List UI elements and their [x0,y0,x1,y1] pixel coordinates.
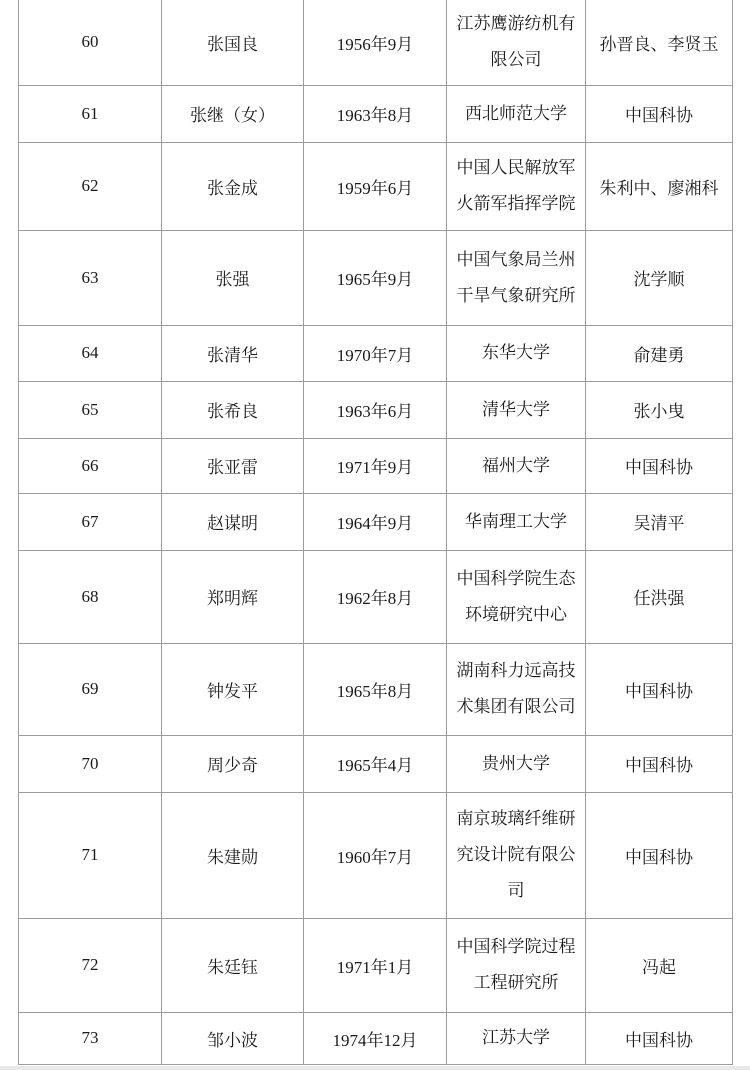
org-line: 西北师范大学 [447,96,585,132]
cell-organization: 东华大学 [447,325,586,381]
cell-organization: 湖南科力远高技术集团有限公司 [447,643,586,735]
org-line: 贵州大学 [447,746,585,782]
cell-serial-number: 65 [19,381,162,438]
table-row: 62 张金成 1959年6月 中国人民解放军火箭军指挥学院 朱利中、廖湘科 [19,142,733,230]
cell-organization: 福州大学 [447,438,586,493]
org-line: 工程研究所 [447,965,585,1001]
org-line: 火箭军指挥学院 [447,186,585,222]
cell-birth-date: 1970年7月 [304,325,447,381]
candidate-roster-table: 60 张国良 1956年9月 江苏鹰游纺机有限公司 孙晋良、李贤玉 61 张继（… [18,0,733,1065]
cell-birth-date: 1960年7月 [304,792,447,918]
org-line: 华南理工大学 [447,504,585,540]
cell-recommender: 中国科协 [586,792,733,918]
cell-name: 张金成 [162,142,304,230]
cell-birth-date: 1974年12月 [304,1012,447,1064]
page-break-shadow [0,1066,750,1070]
cell-serial-number: 71 [19,792,162,918]
table-row: 66 张亚雷 1971年9月 福州大学 中国科协 [19,438,733,493]
cell-recommender: 任洪强 [586,550,733,643]
org-line: 环境研究中心 [447,597,585,633]
cell-name: 朱建勋 [162,792,304,918]
cell-name: 张清华 [162,325,304,381]
cell-organization: 江苏鹰游纺机有限公司 [447,0,586,85]
cell-organization: 南京玻璃纤维研究设计院有限公司 [447,792,586,918]
cell-serial-number: 67 [19,493,162,550]
cell-serial-number: 63 [19,230,162,325]
cell-organization: 清华大学 [447,381,586,438]
cell-organization: 江苏大学 [447,1012,586,1064]
cell-name: 朱廷钰 [162,918,304,1012]
org-line: 术集团有限公司 [447,689,585,725]
cell-birth-date: 1962年8月 [304,550,447,643]
cell-serial-number: 62 [19,142,162,230]
cell-recommender: 俞建勇 [586,325,733,381]
document-page: 60 张国良 1956年9月 江苏鹰游纺机有限公司 孙晋良、李贤玉 61 张继（… [0,0,750,1070]
cell-organization: 华南理工大学 [447,493,586,550]
org-line: 中国科学院生态 [447,561,585,597]
org-line: 限公司 [447,42,585,78]
cell-name: 张希良 [162,381,304,438]
org-line: 南京玻璃纤维研 [447,801,585,837]
cell-serial-number: 69 [19,643,162,735]
cell-birth-date: 1963年6月 [304,381,447,438]
cell-name: 张继（女） [162,85,304,142]
org-line: 司 [447,873,585,909]
table-row: 63 张强 1965年9月 中国气象局兰州干旱气象研究所 沈学顺 [19,230,733,325]
org-line: 江苏鹰游纺机有 [447,6,585,42]
org-line: 东华大学 [447,335,585,371]
cell-recommender: 中国科协 [586,438,733,493]
org-line: 中国科学院过程 [447,929,585,965]
cell-organization: 西北师范大学 [447,85,586,142]
cell-organization: 贵州大学 [447,735,586,792]
cell-name: 赵谋明 [162,493,304,550]
cell-recommender: 张小曳 [586,381,733,438]
cell-organization: 中国气象局兰州干旱气象研究所 [447,230,586,325]
org-line: 干旱气象研究所 [447,278,585,314]
cell-name: 钟发平 [162,643,304,735]
cell-recommender: 冯起 [586,918,733,1012]
cell-name: 邹小波 [162,1012,304,1064]
cell-birth-date: 1964年9月 [304,493,447,550]
cell-recommender: 朱利中、廖湘科 [586,142,733,230]
cell-name: 张强 [162,230,304,325]
cell-birth-date: 1956年9月 [304,0,447,85]
cell-name: 张国良 [162,0,304,85]
cell-birth-date: 1971年1月 [304,918,447,1012]
cell-serial-number: 66 [19,438,162,493]
cell-serial-number: 60 [19,0,162,85]
org-line: 江苏大学 [447,1020,585,1056]
cell-birth-date: 1965年8月 [304,643,447,735]
cell-organization: 中国科学院生态环境研究中心 [447,550,586,643]
cell-serial-number: 70 [19,735,162,792]
cell-name: 张亚雷 [162,438,304,493]
cell-organization: 中国人民解放军火箭军指挥学院 [447,142,586,230]
cell-serial-number: 68 [19,550,162,643]
cell-birth-date: 1963年8月 [304,85,447,142]
org-line: 中国气象局兰州 [447,242,585,278]
cell-birth-date: 1965年9月 [304,230,447,325]
cell-serial-number: 73 [19,1012,162,1064]
cell-recommender: 沈学顺 [586,230,733,325]
org-line: 究设计院有限公 [447,837,585,873]
table-row: 70 周少奇 1965年4月 贵州大学 中国科协 [19,735,733,792]
org-line: 湖南科力远高技 [447,653,585,689]
cell-recommender: 中国科协 [586,85,733,142]
cell-serial-number: 64 [19,325,162,381]
table-row: 65 张希良 1963年6月 清华大学 张小曳 [19,381,733,438]
cell-recommender: 中国科协 [586,1012,733,1064]
cell-birth-date: 1971年9月 [304,438,447,493]
cell-birth-date: 1959年6月 [304,142,447,230]
cell-recommender: 中国科协 [586,735,733,792]
org-line: 清华大学 [447,392,585,428]
table-row: 67 赵谋明 1964年9月 华南理工大学 吴清平 [19,493,733,550]
table-row: 68 郑明辉 1962年8月 中国科学院生态环境研究中心 任洪强 [19,550,733,643]
cell-organization: 中国科学院过程工程研究所 [447,918,586,1012]
table-row: 61 张继（女） 1963年8月 西北师范大学 中国科协 [19,85,733,142]
table-body: 60 张国良 1956年9月 江苏鹰游纺机有限公司 孙晋良、李贤玉 61 张继（… [19,0,733,1064]
table-row: 64 张清华 1970年7月 东华大学 俞建勇 [19,325,733,381]
table-row: 72 朱廷钰 1971年1月 中国科学院过程工程研究所 冯起 [19,918,733,1012]
cell-recommender: 中国科协 [586,643,733,735]
table-row: 69 钟发平 1965年8月 湖南科力远高技术集团有限公司 中国科协 [19,643,733,735]
cell-serial-number: 61 [19,85,162,142]
cell-recommender: 吴清平 [586,493,733,550]
table-row: 71 朱建勋 1960年7月 南京玻璃纤维研究设计院有限公司 中国科协 [19,792,733,918]
org-line: 福州大学 [447,448,585,484]
cell-recommender: 孙晋良、李贤玉 [586,0,733,85]
table-row: 73 邹小波 1974年12月 江苏大学 中国科协 [19,1012,733,1064]
org-line: 中国人民解放军 [447,150,585,186]
cell-birth-date: 1965年4月 [304,735,447,792]
cell-serial-number: 72 [19,918,162,1012]
table-row: 60 张国良 1956年9月 江苏鹰游纺机有限公司 孙晋良、李贤玉 [19,0,733,85]
cell-name: 周少奇 [162,735,304,792]
cell-name: 郑明辉 [162,550,304,643]
